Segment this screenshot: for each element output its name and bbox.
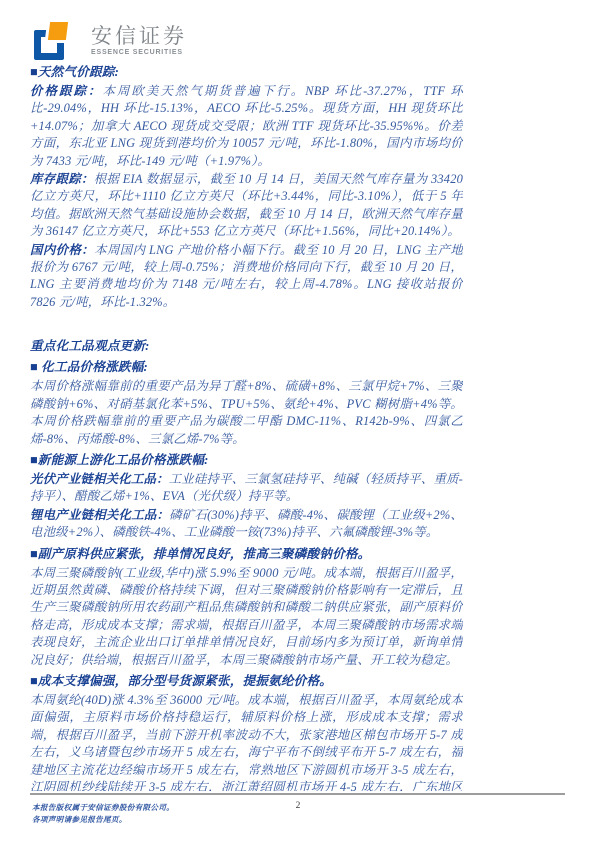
paragraph-text: 本周三聚磷酸钠(工业级,华中)涨 5.9%至 9000 元/吨。成本端，根据百川… — [30, 566, 463, 667]
section-new-energy-chemicals: ■新能源上游化工品价格涨跌幅: 光伏产业链相关化工品：工业硅持平、三氯氢硅持平、… — [30, 451, 463, 542]
paragraph-lithium-chain: 锂电产业链相关化工品：磷矿石(30%)持平、磷酸-4%、碳酸锂（工业级+2%、电… — [30, 507, 463, 542]
section-stpp-price: ■副产原料供应紧张，排单情况良好，推高三聚磷酸钠价格。 本周三聚磷酸钠(工业级,… — [30, 545, 463, 669]
logo-orange-square — [48, 22, 68, 40]
section-heading-natural-gas: ■天然气价跟踪: — [30, 63, 463, 81]
section-spandex-price: ■成本支撑偏强，部分型号货源紧张，提振氨纶价格。 本周氨纶(40D)涨 4.3%… — [30, 672, 463, 791]
report-page: 安信证券 ESSENCE SECURITIES ■天然气价跟踪: 价格跟踪：本周… — [0, 0, 596, 843]
essence-securities-logo: 安信证券 ESSENCE SECURITIES — [34, 22, 187, 62]
paragraph-label: 锂电产业链相关化工品： — [30, 508, 169, 522]
paragraph-label: 国内价格： — [30, 243, 94, 257]
footer-divider — [30, 793, 565, 795]
brand-name-cn: 安信证券 — [91, 25, 187, 48]
section-heading-spandex: ■成本支撑偏强，部分型号货源紧张，提振氨纶价格。 — [30, 672, 463, 690]
paragraph-domestic-price: 国内价格：本周国内 LNG 产地价格小幅下行。截至 10 月 20 日，LNG … — [30, 242, 463, 312]
paragraph-stpp: 本周三聚磷酸钠(工业级,华中)涨 5.9%至 9000 元/吨。成本端，根据百川… — [30, 565, 463, 669]
report-content: ■天然气价跟踪: 价格跟踪：本周欧美天然气期货普遍下行。NBP 环比-37.27… — [30, 60, 463, 791]
section-chemical-price-changes: ■ 化工品价格涨跌幅: 本周价格涨幅靠前的重要产品为异丁醛+8%、硫磺+8%、三… — [30, 358, 463, 448]
paragraph-inventory-tracking: 库存跟踪：根据 EIA 数据显示，截至 10 月 14 日，美国天然气库存量为 … — [30, 171, 463, 241]
section-key-chemicals-update: 重点化工品观点更新: — [30, 337, 463, 355]
section-heading-stpp: ■副产原料供应紧张，排单情况良好，推高三聚磷酸钠价格。 — [30, 545, 463, 563]
footer-copyright-line2: 各项声明请参见报告尾页。 — [32, 814, 174, 826]
paragraph-label: 光伏产业链相关化工品： — [30, 472, 169, 486]
brand-text: 安信证券 ESSENCE SECURITIES — [91, 25, 187, 57]
brand-logo-icon — [34, 22, 84, 62]
paragraph-spandex: 本周氨纶(40D)涨 4.3%至 36000 元/吨。成本端，根据百川盈孚，本周… — [30, 692, 463, 791]
page-footer: 本报告版权属于安信证券股份有限公司。 各项声明请参见报告尾页。 2 — [0, 793, 596, 843]
paragraph-photovoltaic-chain: 光伏产业链相关化工品：工业硅持平、三氯氢硅持平、纯碱（轻质持平、重质-持平）、醋… — [30, 471, 463, 506]
section-heading-key-chemicals: 重点化工品观点更新: — [30, 337, 463, 355]
section-heading-new-energy: ■新能源上游化工品价格涨跌幅: — [30, 451, 463, 469]
section-natural-gas-tracking: ■天然气价跟踪: 价格跟踪：本周欧美天然气期货普遍下行。NBP 环比-37.27… — [30, 63, 463, 311]
paragraph-text: 本周氨纶(40D)涨 4.3%至 36000 元/吨。成本端，根据百川盈孚，本周… — [30, 693, 463, 791]
paragraph-text: 本周国内 LNG 产地价格小幅下行。截至 10 月 20 日，LNG 主产地报价… — [30, 243, 463, 309]
paragraph-label: 库存跟踪： — [30, 172, 94, 186]
paragraph-label: 价格跟踪： — [30, 84, 102, 98]
paragraph-price-tracking: 价格跟踪：本周欧美天然气期货普遍下行。NBP 环比-37.27%，TTF 环比-… — [30, 83, 463, 170]
brand-name-en: ESSENCE SECURITIES — [91, 48, 187, 57]
paragraph-text: 根据 EIA 数据显示，截至 10 月 14 日，美国天然气库存量为 33420… — [30, 172, 463, 238]
page-number: 2 — [0, 801, 596, 811]
paragraph-text: 本周价格涨幅靠前的重要产品为异丁醛+8%、硫磺+8%、三氯甲烷+7%、三聚磷酸钠… — [30, 379, 463, 445]
section-heading-price-changes: ■ 化工品价格涨跌幅: — [30, 358, 463, 376]
paragraph-price-changes: 本周价格涨幅靠前的重要产品为异丁醛+8%、硫磺+8%、三氯甲烷+7%、三聚磷酸钠… — [30, 378, 463, 448]
